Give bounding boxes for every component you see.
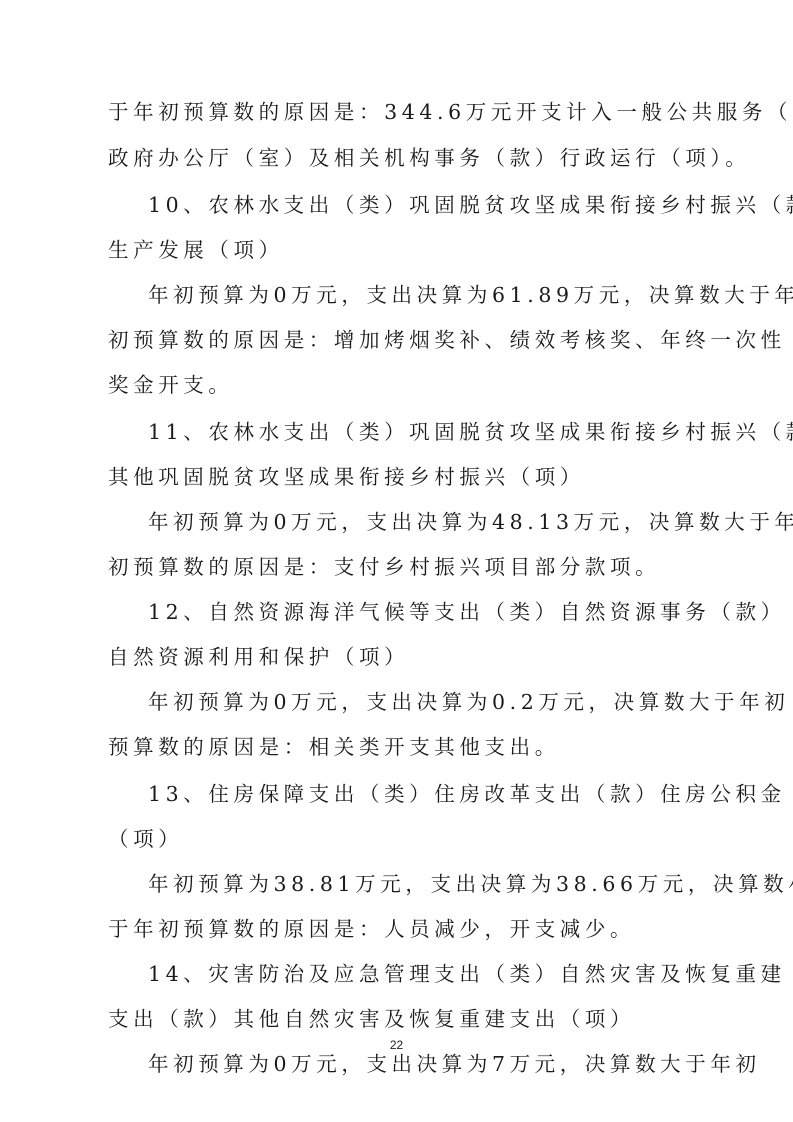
paragraph-first-line: 年初预算为0万元，支出决算为0.2万元，决算数大于年初	[148, 686, 690, 718]
paragraph-line: （项）	[108, 823, 690, 855]
paragraph-first-line: 11、农林水支出（类）巩固脱贫攻坚成果衔接乡村振兴（款）	[148, 416, 690, 448]
paragraph-first-line: 年初预算为0万元，支出决算为7万元，决算数大于年初	[148, 1048, 690, 1080]
paragraph-line: 初预算数的原因是：支付乡村振兴项目部分款项。	[108, 551, 690, 583]
paragraph-first-line: 年初预算为0万元，支出决算为61.89万元，决算数大于年	[148, 279, 690, 311]
paragraph-line: 自然资源利用和保护（项）	[108, 641, 690, 673]
paragraph-first-line: 13、住房保障支出（类）住房改革支出（款）住房公积金	[148, 778, 690, 810]
paragraph-first-line: 年初预算为0万元，支出决算为48.13万元，决算数大于年	[148, 506, 690, 538]
paragraph-line: 其他巩固脱贫攻坚成果衔接乡村振兴（项）	[108, 461, 690, 493]
paragraph-first-line: 14、灾害防治及应急管理支出（类）自然灾害及恢复重建	[148, 958, 690, 990]
page-number: 22	[0, 1038, 793, 1052]
paragraph-line: 支出（款）其他自然灾害及恢复重建支出（项）	[108, 1003, 690, 1035]
paragraph-line: 于年初预算数的原因是：人员减少，开支减少。	[108, 913, 690, 945]
paragraph-line: 奖金开支。	[108, 369, 690, 401]
paragraph-line: 政府办公厅（室）及相关机构事务（款）行政运行（项）。	[108, 142, 690, 174]
document-page: 于年初预算数的原因是：344.6万元开支计入一般公共服务（类）政府办公厅（室）及…	[0, 0, 793, 1122]
paragraph-line: 于年初预算数的原因是：344.6万元开支计入一般公共服务（类）	[108, 96, 690, 128]
paragraph-first-line: 12、自然资源海洋气候等支出（类）自然资源事务（款）	[148, 596, 690, 628]
paragraph-line: 生产发展（项）	[108, 234, 690, 266]
paragraph-first-line: 年初预算为38.81万元，支出决算为38.66万元，决算数小	[148, 868, 690, 900]
paragraph-first-line: 10、农林水支出（类）巩固脱贫攻坚成果衔接乡村振兴（款）	[148, 189, 690, 221]
paragraph-line: 初预算数的原因是：增加烤烟奖补、绩效考核奖、年终一次性	[108, 324, 690, 356]
paragraph-line: 预算数的原因是：相关类开支其他支出。	[108, 731, 690, 763]
